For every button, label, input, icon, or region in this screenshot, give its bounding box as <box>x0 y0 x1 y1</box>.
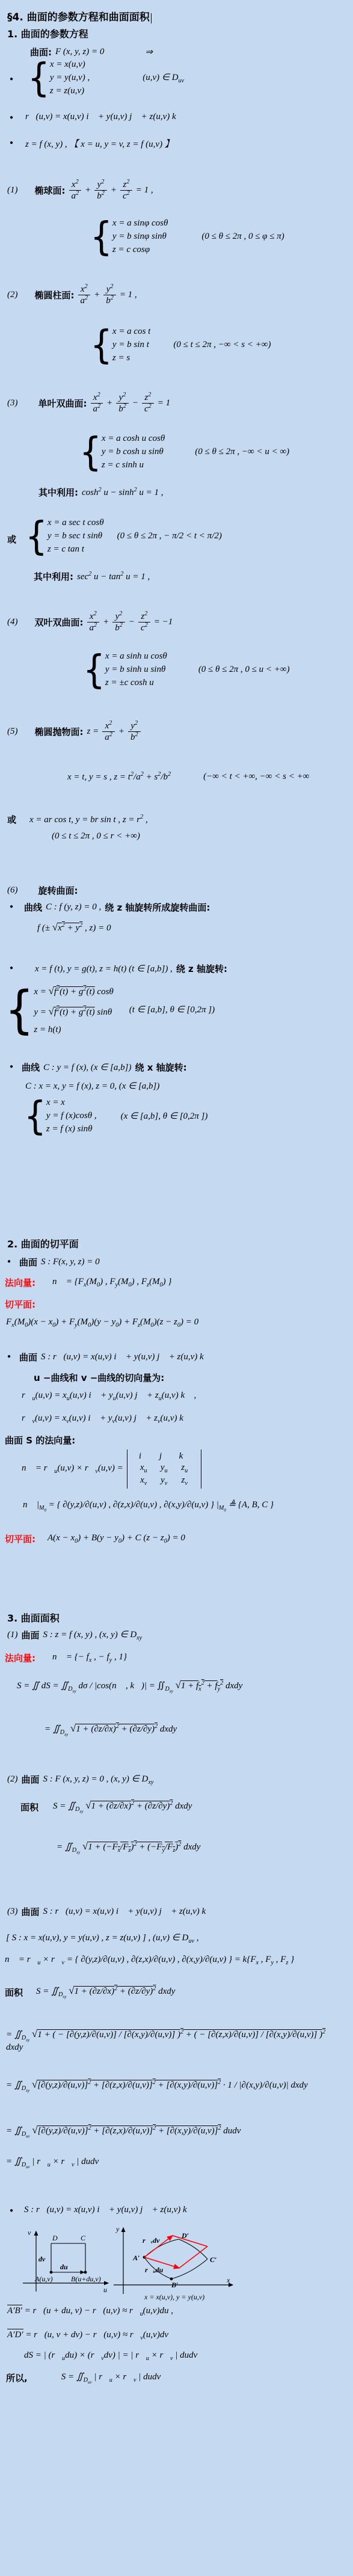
case-line: z = c tan t <box>48 543 104 556</box>
frac-num: z2 <box>142 392 154 404</box>
surface-name: 旋转曲面: <box>38 884 78 897</box>
normal-determinant-line: n⃗ = r⃗u(u,v) × r⃗v(u,v) = i⃗ j⃗ k⃗ xu y… <box>22 1449 201 1489</box>
frac-num: y2 <box>112 611 125 622</box>
operator: − <box>129 617 135 627</box>
area-label: 面积 <box>5 1986 23 1999</box>
det-cell: yv <box>154 1475 174 1487</box>
point-B-label: B(u+du,v) <box>71 2275 101 2283</box>
label: 绕 x 轴旋转: <box>135 1061 187 1074</box>
revolution-z-equation: f (± √x2 + y2 , z) = 0 <box>37 921 111 933</box>
tangent-plane-label: 切平面: <box>5 1298 35 1311</box>
case-line: x = √f2(t) + g2(t) cosθ <box>34 980 113 1001</box>
point-A-dot <box>50 2271 53 2274</box>
case-line: x = a sec t cosθ <box>48 516 104 529</box>
domain-note: (u,v) ∈ Duv <box>143 72 184 84</box>
example-6-heading: (6) 旋转曲面: <box>7 884 78 897</box>
du-label: du <box>60 2263 68 2271</box>
det-cell: xu <box>134 1463 154 1474</box>
parametric-bracket-line: [ S : x = x(u,v), y = y(u,v) , z = z(u,v… <box>6 1932 198 1944</box>
label: 曲面 <box>19 1256 37 1268</box>
example-3-heading: (3) 单叶双曲面: x2a2 + y2b2 − z2c2 = 1 <box>7 392 170 414</box>
frac-num: y2 <box>94 179 107 191</box>
bullet-icon: ● <box>10 76 13 82</box>
case-line: x = a sinh u cosθ <box>105 650 167 663</box>
case-line: y = y(u,v) , <box>50 71 90 84</box>
operator: + <box>103 617 109 627</box>
label: 其中利用: <box>38 486 78 499</box>
bullet-icon: ● <box>10 965 13 971</box>
left-brace: { <box>90 217 112 256</box>
mapping-caption: x = x(u,v), y = y(u,v) <box>144 2293 204 2301</box>
tangent-vectors-label: u −曲线和 v −曲线的切向量为: <box>34 1371 164 1384</box>
bullet-icon: ● <box>7 1258 11 1265</box>
formula-text: n⃗ = r⃗u(u,v) × r⃗v(u,v) = <box>22 1463 123 1475</box>
formula-text: C : y = f (x), (x ∈ [a,b]) <box>43 1062 131 1073</box>
operator: + <box>94 290 100 300</box>
case-line: y = b sinφ sinθ <box>112 230 168 243</box>
case-line: z = z(u,v) <box>50 84 90 97</box>
item-number: (4) <box>7 617 18 627</box>
area-case-1-heading: (1) 曲面 S : z = f (x, y) , (x, y) ∈ Dxy <box>7 1629 142 1641</box>
AD-approx-line: A′D′ = r⃗(u, v + dv) − r⃗(u,v) ≈ r⃗v(u,v… <box>7 2329 168 2341</box>
AB-approx-line: A′B′ = r⃗(u + du, v) − r⃗(u,v) ≈ r⃗u(u,v… <box>7 2305 173 2317</box>
frac-num: y2 <box>103 284 116 295</box>
area-derivation-step-4: = ∬Duv | r⃗u × r⃗v | dudv <box>6 2156 99 2169</box>
example-5-heading: (5) 椭圆抛物面: z = x2a2 + y2b2 <box>7 721 141 743</box>
point-A-label: A(u,v) <box>34 2275 53 2283</box>
lead: z = <box>87 727 99 737</box>
normal-vector-line: 法向量: n⃗ = {− fx , − fy , 1} <box>5 1652 127 1664</box>
case-line: y = √f2(t) + g2(t) sinθ <box>34 1001 113 1021</box>
det-cell: zv <box>174 1475 195 1487</box>
therefore-label: 所以, <box>6 2372 28 2384</box>
formula-text: S : r⃗(u,v) = x(u,v) i⃗ + y(u,v) j⃗ + z(… <box>41 1352 210 1362</box>
left-brace: { <box>5 984 34 1035</box>
case-line: x = x(u,v) <box>50 58 90 71</box>
area-case-3-heading: (3) 曲面 S : r⃗(u,v) = x(u,v) i⃗ + y(u,v) … <box>7 1905 213 1918</box>
frac-den: c2 <box>138 622 150 633</box>
formula-text: x = f (t), y = g(t), z = h(t) (t ∈ [a,b]… <box>35 963 173 974</box>
text-cursor <box>151 13 152 23</box>
example-4-heading: (4) 双叶双曲面: x2a2 + y2b2 − z2c2 = −1 <box>7 611 173 633</box>
conclusion-line: 所以, S = ∬Duv | r⃗u × r⃗v | dudv <box>6 2371 161 2385</box>
case-line: z = ±c cosh u <box>105 676 167 689</box>
surface-parametric-line: 曲面 S : r⃗(u,v) = x(u,v) i⃗ + y(u,v) j⃗ +… <box>19 1351 210 1363</box>
tangent-plane-equation: Fx(M0)(x − x0) + Fy(M0)(y − y0) + Fz(M0)… <box>6 1317 198 1329</box>
item-number: (3) <box>7 1907 18 1917</box>
det-cell: yu <box>154 1463 174 1474</box>
fraction: y2b2 <box>112 611 125 633</box>
case-line: y = f (x)cosθ , <box>46 1109 97 1122</box>
bullet-icon: ● <box>10 903 13 910</box>
area-derivation-step-1: = ∬Dxy √1 + ( − [∂(y,z)/∂(u,v)] / [∂(x,y… <box>6 2028 343 2053</box>
formula-text: S = ∬Dxy √1 + (∂z/∂x)2 + (∂z/∂y)2 dxdy <box>53 1800 192 1814</box>
formula-text: A(x − x0) + B(y − y0) + C (z − z0) = 0 <box>48 1533 185 1545</box>
fraction: z2c2 <box>138 611 150 633</box>
curve-B-C <box>171 2259 207 2279</box>
area-case-2-heading: (2) 曲面 S : F (x, y, z) = 0 , (x, y) ∈ Dx… <box>7 1773 153 1786</box>
point-D-label: D <box>52 2234 58 2242</box>
surface-name: 椭球面: <box>35 184 66 197</box>
rv-vector-equation: r⃗v(u,v) = xv(u,v) i⃗ + yv(u,v) j⃗ + zv(… <box>22 1413 191 1425</box>
case-line: z = c sinh u <box>102 458 165 472</box>
fraction: x2a2 <box>69 179 82 201</box>
formula-text: S : F(x, y, z) = 0 <box>41 1257 100 1267</box>
label: 曲面 <box>22 1629 40 1641</box>
parallelogram-edge-right <box>179 2246 207 2268</box>
fraction: x2a2 <box>78 284 91 306</box>
or-label: 或 <box>7 533 16 546</box>
tangent-plane-label: 切平面: <box>5 1532 35 1545</box>
bullet-icon: ● <box>10 140 13 146</box>
revolution-z-implicit-line: 曲线 C : f (y, z) = 0 , 绕 z 轴旋转所成旋转曲面: <box>24 901 210 914</box>
surface-name: 椭圆柱面: <box>35 289 75 301</box>
rv-dv-label: r⃗ᵥdv <box>143 2236 160 2245</box>
case-line: x = a sinφ cosθ <box>112 217 168 230</box>
x-axis-label: x <box>226 2276 230 2284</box>
item-number: (1) <box>7 1630 18 1640</box>
equals-rhs: = 1 , <box>120 290 137 300</box>
left-brace: { <box>90 325 112 364</box>
revolution-param-line: x = f (t), y = g(t), z = h(t) (t ∈ [a,b]… <box>35 962 227 975</box>
frac-den: a2 <box>78 295 91 306</box>
point-B-prime-label: B′ <box>171 2281 178 2289</box>
formula-text: S = ∬Dxy √1 + (∂z/∂x)2 + (∂z/∂y)2 dxdy <box>36 1985 175 1999</box>
fraction: y2b2 <box>128 721 141 743</box>
domain-note: (0 ≤ θ ≤ 2π , 0 ≤ u < +∞) <box>198 665 290 675</box>
normal-vector-label: 法向量: <box>5 1652 35 1664</box>
item-number: (2) <box>7 1774 18 1784</box>
operator: + <box>85 185 91 195</box>
u-axis-label: u <box>103 2286 107 2294</box>
point-B-prime-dot <box>170 2278 173 2281</box>
frac-den: b2 <box>128 732 141 743</box>
normal-jacobian-line: n⃗ = r⃗u × r⃗v = { ∂(y,z)/∂(u,v) , ∂(z,x… <box>5 1955 342 1966</box>
frac-den: a2 <box>102 732 115 743</box>
formula-text: C : f (y, z) = 0 , <box>46 902 101 912</box>
tangent-plane-abc-line: 切平面: A(x − x0) + B(y − y0) + C (z − z0) … <box>5 1532 185 1545</box>
formula-text: sec2 u − tan2 u = 1 , <box>77 571 150 582</box>
frac-den: a2 <box>69 191 82 201</box>
revolution-param-cases: { x = √f2(t) + g2(t) cosθ y = √f2(t) + g… <box>5 980 215 1039</box>
area-formula-line: 面积 S = ∬Dxy √1 + (∂z/∂x)2 + (∂z/∂y)2 dxd… <box>20 1800 192 1814</box>
point-A-prime-label: A′ <box>132 2254 140 2262</box>
revolution-x-line: 曲线 C : y = f (x), (x ∈ [a,b]) 绕 x 轴旋转: <box>22 1061 187 1074</box>
left-brace: { <box>25 517 48 556</box>
formula-text: n⃗ = {Fx(M0) , Fy(M0) , Fz(M0) } <box>52 1277 171 1288</box>
frac-den: b2 <box>116 404 129 414</box>
operator: + <box>106 398 112 408</box>
area-integral-1b: = ∬Dxy √1 + (∂z/∂x)2 + (∂z/∂y)2 dxdy <box>45 1723 177 1737</box>
surface-normal-label: 曲面 S 的法向量: <box>5 1434 75 1446</box>
formula-text: x = t, y = s , z = t2/a2 + s2/b2 <box>67 771 171 782</box>
frac-den: b2 <box>103 295 116 306</box>
domain-note: (0 ≤ t ≤ 2π , −∞ < s < +∞) <box>173 340 271 350</box>
frac-num: x2 <box>78 284 91 295</box>
example-5-alt-line: 或 x = ar cos t, y = br sin t , z = r2 , <box>7 813 148 826</box>
lecture-notes-page: §4. 曲面的参数方程和曲面面积 1. 曲面的参数方程 曲面: F (x, y,… <box>0 0 353 2576</box>
frac-den: a2 <box>87 622 100 633</box>
example-3-cases: { x = a cosh u cosθ y = b cosh u sinθ z … <box>79 432 289 472</box>
area-label: 面积 <box>20 1801 38 1813</box>
normal-vector-label: 法向量: <box>5 1276 35 1289</box>
item-number: (1) <box>7 185 18 195</box>
det-cell: i⃗ <box>134 1451 154 1462</box>
bullet-icon: ● <box>10 2207 13 2214</box>
section-3-heading: 3. 曲面面积 <box>7 1611 60 1625</box>
frac-den: b2 <box>112 622 125 633</box>
area-derivation-step-3: = ∬Duv √[∂(y,z)/∂(u,v)]2 + [∂(z,x)/∂(u,v… <box>6 2124 343 2139</box>
formula-text: x = ar cos t, y = br sin t , z = r2 , <box>29 814 148 825</box>
page-title: §4. 曲面的参数方程和曲面面积 <box>7 8 152 23</box>
label: 曲面 <box>22 1905 40 1918</box>
domain-note: (0 ≤ t ≤ 2π , 0 ≤ r < +∞) <box>52 831 140 841</box>
uv-domain-figure: v u D C dv du A(u,v) B(u+du,v) <box>18 2225 115 2296</box>
normal-jacobian-equation: n⃗ |M0 = { ∂(y,z)/∂(u,v) , ∂(z,x)/∂(u,v)… <box>23 1499 274 1513</box>
operator: − <box>132 398 138 408</box>
fraction: z2c2 <box>142 392 154 414</box>
point-C-prime-label: C′ <box>210 2255 216 2264</box>
identity-note: 其中利用: cosh2 u − sinh2 u = 1 , <box>38 486 163 499</box>
revolution-x-cases: { x = x y = f (x)cosθ , z = f (x) sinθ (… <box>24 1096 207 1136</box>
bullet-icon: ● <box>10 114 13 121</box>
left-brace: { <box>83 650 105 689</box>
left-brace: { <box>79 432 102 472</box>
case-line: y = b sinh u sinθ <box>105 663 167 676</box>
frac-den: a2 <box>91 404 103 414</box>
dv-label: dv <box>38 2255 46 2263</box>
or-label: 或 <box>7 813 16 826</box>
formula-text: S = ∬Duv | r⃗u × r⃗v | dudv <box>61 2371 161 2385</box>
formula-text: n⃗ = {− fx , − fy , 1} <box>52 1652 127 1664</box>
label: 曲线 <box>22 1061 40 1074</box>
frac-num: z2 <box>120 179 132 191</box>
fraction: y2b2 <box>94 179 107 201</box>
equals-rhs: = −1 <box>154 617 173 627</box>
explicit-form-line: z = f (x, y) , 【 x = u, y = v, z = f (u,… <box>25 137 174 150</box>
label: 曲面 <box>19 1351 37 1363</box>
surface-name: 双叶双曲面: <box>35 616 84 629</box>
fraction: x2a2 <box>102 721 115 743</box>
case-line: z = h(t) <box>34 1021 113 1039</box>
det-cell: k⃗ <box>174 1451 195 1462</box>
domain-note: (0 ≤ θ ≤ 2π , − π/2 < t < π/2) <box>117 531 222 541</box>
point-D-prime-label: D′ <box>181 2231 189 2240</box>
item-number: (3) <box>7 398 18 408</box>
frac-den: c2 <box>120 191 132 201</box>
domain-note: (0 ≤ θ ≤ 2π , −∞ < u < ∞) <box>195 447 289 457</box>
operator: + <box>118 727 124 737</box>
label: 绕 z 轴旋转: <box>176 962 227 975</box>
page-title-text: §4. 曲面的参数方程和曲面面积 <box>7 11 150 23</box>
curve-definition-line: C : x = x, y = f (x), z = 0, (x ∈ [a,b]) <box>25 1080 159 1092</box>
case-line: z = s <box>112 351 150 364</box>
case-line: x = a cosh u cosθ <box>102 432 165 445</box>
y-axis-label: y <box>115 2225 120 2233</box>
example-4-cases: { x = a sinh u cosθ y = b sinh u sinθ z … <box>83 650 290 689</box>
frac-num: y2 <box>128 721 141 732</box>
case-line: x = x <box>46 1096 97 1109</box>
vector-form-line: r⃗(u,v) = x(u,v) i⃗ + y(u,v) j⃗ + z(u,v)… <box>25 112 183 122</box>
identity-note: 其中利用: sec2 u − tan2 u = 1 , <box>34 570 150 583</box>
area-formula-line: 面积 S = ∬Dxy √1 + (∂z/∂x)2 + (∂z/∂y)2 dxd… <box>5 1985 175 1999</box>
domain-note: (x ∈ [a,b], θ ∈ [0,2π ]) <box>121 1110 208 1122</box>
ru-du-label: r⃗ᵤdu <box>145 2266 164 2274</box>
surface-name: 单叶双曲面: <box>38 397 87 410</box>
area-derivation-step-2: = ∬Dxy √[∂(y,z)/∂(u,v)]2 + [∂(z,x)/∂(u,v… <box>6 2079 343 2093</box>
bullet-icon: ● <box>10 1063 13 1070</box>
label: 曲线 <box>24 901 42 914</box>
det-cell: xv <box>134 1475 154 1487</box>
fraction: y2b2 <box>103 284 116 306</box>
frac-num: y2 <box>116 392 129 404</box>
item-number: (5) <box>7 727 18 737</box>
left-brace: { <box>28 58 50 97</box>
example-1-cases: { x = a sinφ cosθ y = b sinφ sinθ z = c … <box>90 217 284 256</box>
label: 绕 z 轴旋转所成旋转曲面: <box>105 901 210 914</box>
example-2-heading: (2) 椭圆柱面: x2a2 + y2b2 = 1 , <box>7 284 137 306</box>
section-1-heading: 1. 曲面的参数方程 <box>7 26 88 40</box>
implies-arrow: ⇒ <box>145 46 153 58</box>
case-line: y = b cosh u sinθ <box>102 445 165 458</box>
point-C-label: C <box>81 2234 86 2242</box>
fraction: z2c2 <box>120 179 132 201</box>
item-number: (6) <box>7 885 18 896</box>
section-2-heading: 2. 曲面的切平面 <box>7 1237 79 1250</box>
formula-text: cosh2 u − sinh2 u = 1 , <box>82 487 163 498</box>
frac-num: x2 <box>91 392 103 404</box>
domain-note: (0 ≤ θ ≤ 2π , 0 ≤ φ ≤ π) <box>201 232 284 242</box>
example-1-heading: (1) 椭球面: x2a2 + y2b2 + z2c2 = 1 , <box>7 179 153 201</box>
ru-vector-equation: r⃗u(u,v) = xu(u,v) i⃗ + yu(u,v) j⃗ + zu(… <box>22 1391 196 1402</box>
equals-rhs: = 1 , <box>136 185 153 195</box>
frac-num: z2 <box>138 611 150 622</box>
case-line: z = f (x) sinθ <box>46 1122 97 1136</box>
fraction: y2b2 <box>116 392 129 414</box>
point-B-dot <box>84 2271 87 2274</box>
formula-text: S : z = f (x, y) , (x, y) ∈ Dxy <box>43 1629 143 1641</box>
dS-cross-product-line: dS = | (r⃗udu) × (r⃗vdv) | = | r⃗u × r⃗v… <box>24 2350 197 2362</box>
formula-text: S : F (x, y, z) = 0 , (x, y) ∈ Dxy <box>43 1773 154 1786</box>
left-brace: { <box>24 1096 46 1136</box>
area-integral-1: S = ∬ dS = ∬Dxy dσ / |cos(n⃗ , k⃗)| = ∬D… <box>17 1679 342 1694</box>
frac-num: x2 <box>87 611 100 622</box>
case-line: z = c cosφ <box>112 243 168 256</box>
label: 曲面 <box>22 1773 40 1786</box>
frac-num: x2 <box>69 179 82 191</box>
determinant: i⃗ j⃗ k⃗ xu yu zu xv yv zv <box>127 1449 201 1489</box>
surface-implicit-line: 曲面 S : F(x, y, z) = 0 <box>19 1256 100 1268</box>
xy-mapping-figure: y x r⃗ᵥdv r⃗ᵤdu A′ B′ C′ D′ x = x(u,v), … <box>111 2223 241 2304</box>
formula-text: S : r⃗(u,v) = x(u,v) i⃗ + y(u,v) j⃗ + z(… <box>43 1907 213 1917</box>
v-axis-label: v <box>28 2228 31 2237</box>
case-line: x = a cos t <box>112 325 150 338</box>
example-5-param-line: x = t, y = s , z = t2/a2 + s2/b2 (−∞ < t… <box>67 771 309 782</box>
det-cell: j⃗ <box>154 1451 174 1462</box>
area-integral-2b: = ∬Dxy √1 + (−Fx/Fz)2 + (−Fy/Fz)2 dxdy <box>57 1840 200 1855</box>
frac-den: c2 <box>142 404 154 414</box>
fraction: x2a2 <box>91 392 103 414</box>
bullet-icon: ● <box>7 1353 11 1360</box>
fraction: x2a2 <box>87 611 100 633</box>
figure-intro-line: S : r⃗(u,v) = x(u,v) i⃗ + y(u,v) j⃗ + z(… <box>24 2205 194 2215</box>
example-2-cases: { x = a cos t y = b sin t z = s (0 ≤ t ≤… <box>90 325 271 364</box>
operator: + <box>111 185 117 195</box>
det-cell: zu <box>174 1463 195 1474</box>
surface-name: 椭圆抛物面: <box>35 725 84 738</box>
parametric-cases: { x = x(u,v) y = y(u,v) , z = z(u,v) (u,… <box>28 58 184 97</box>
case-line: y = b sin t <box>112 338 150 351</box>
label: 其中利用: <box>34 570 73 583</box>
example-3-alt-cases: { x = a sec t cosθ y = b sec t sinθ z = … <box>25 516 222 556</box>
equals-rhs: = 1 <box>158 398 170 408</box>
normal-vector-line: 法向量: n⃗ = {Fx(M0) , Fy(M0) , Fz(M0) } <box>5 1276 171 1289</box>
formula-text: F (x, y, z) = 0 <box>55 47 104 57</box>
frac-den: b2 <box>94 191 107 201</box>
domain-note: (t ∈ [a,b], θ ∈ [0,2π ]) <box>129 1004 215 1015</box>
item-number: (2) <box>7 290 18 300</box>
domain-note: (−∞ < t < +∞, −∞ < s < +∞ <box>203 772 309 782</box>
case-line: y = b sec t sinθ <box>48 529 104 543</box>
frac-num: x2 <box>102 721 115 732</box>
